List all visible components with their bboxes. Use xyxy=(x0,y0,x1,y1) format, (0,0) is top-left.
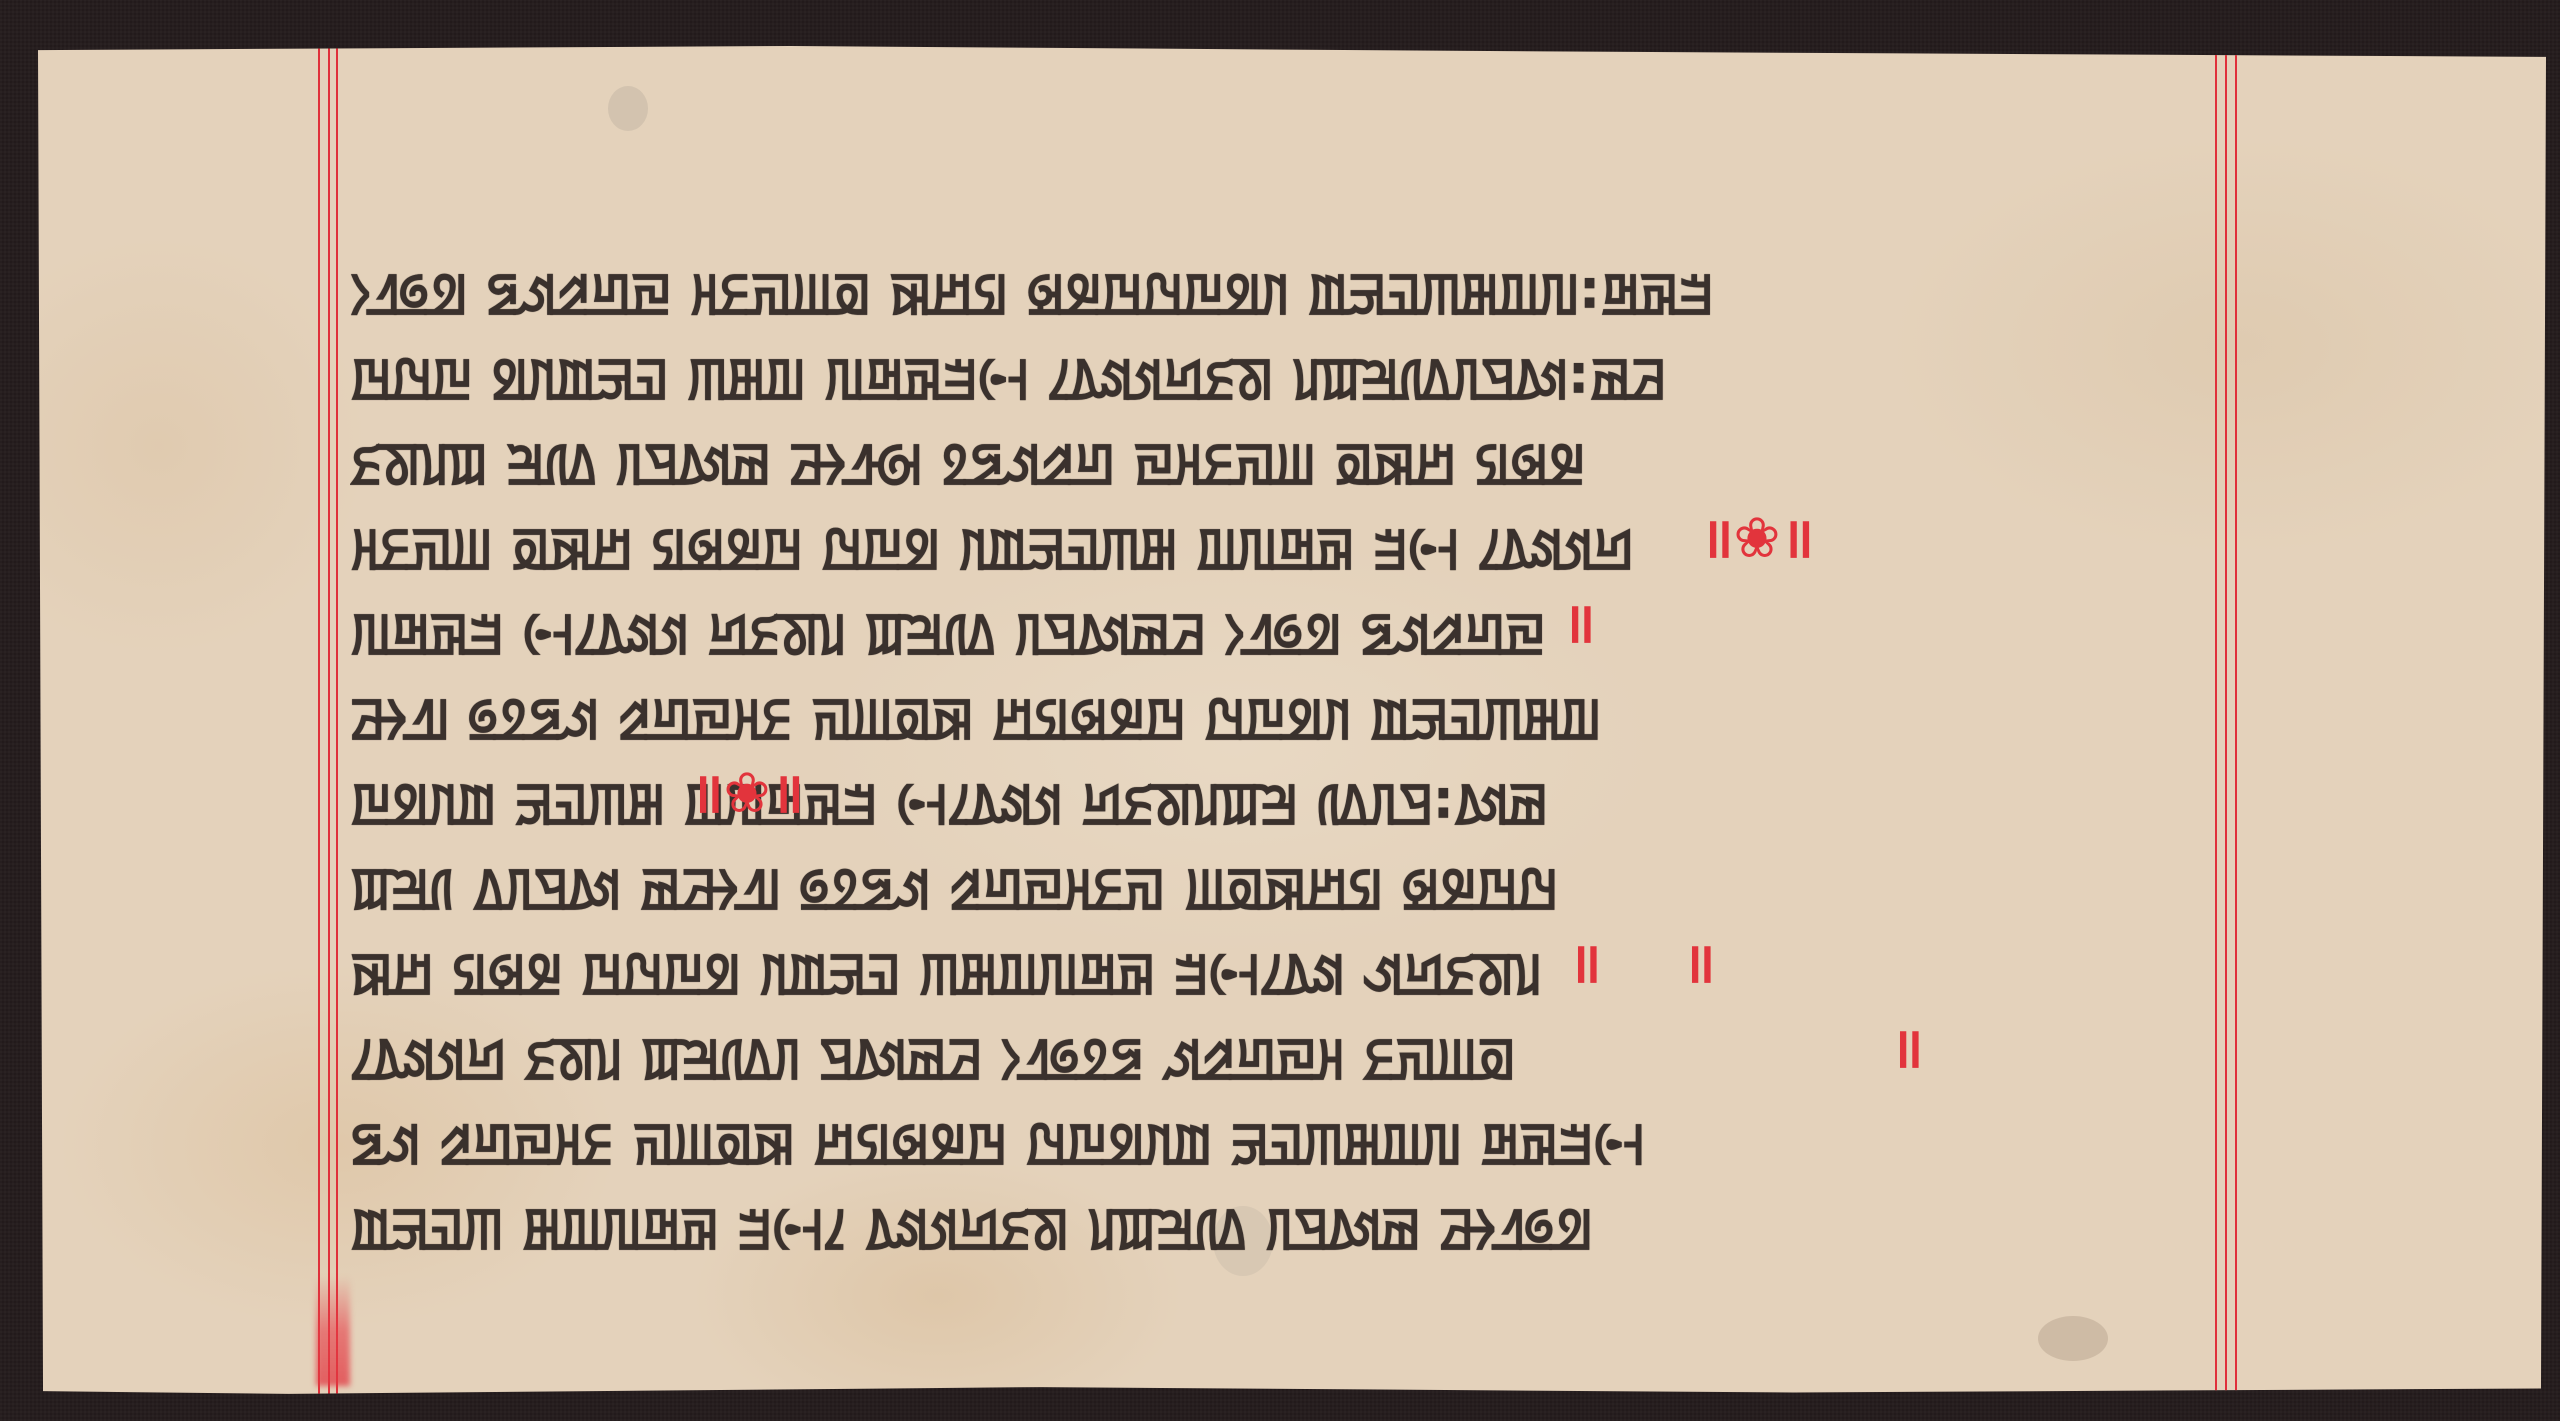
text-line: ꡏꡐꡑ ꡒꡓꡔ ꡕꡖꡗꡘꡙ ꡚꡛꡜꡝꡞ ꡟꡠꡡꡢ ꡣꡤꡥꡦ ꡧꡨꡩ ꡪꡫꡬꡭ xyxy=(350,411,2215,496)
paper-stain xyxy=(608,86,648,131)
rubric-mark: ॥❀॥ xyxy=(690,764,804,824)
text-line: ꡮꡯꡰꡱ ꡲꡳꡀ ꡁꡂꡃꡄ ꡅꡆꡇꡈꡉꡊ ꡋꡌꡍ ꡎꡏꡐꡑ ꡒꡓꡔ ꡕꡖꡗꡘ ॥… xyxy=(350,496,2215,581)
text-line: ꡢꡣ:ꡤꡥꡦꡧꡨꡩꡪꡫ ꡬꡭꡮꡯꡰꡱ ꡲꡳꡀꡁꡂꡃ ꡄꡅꡆ ꡇꡈꡉꡊꡋ ꡌꡍꡎ xyxy=(350,326,2215,411)
script-text: ꡲꡳꡀꡁꡂ ꡃꡄꡅꡆꡇꡈ ꡉꡊꡋꡌꡍ ꡎꡏꡐꡑꡒ ꡓꡔꡕꡖ ꡗꡘꡙꡚꡛ ꡜꡝ xyxy=(350,1116,1644,1176)
text-line: ꡔꡕꡖꡗ ꡘꡙꡚꡛꡜ ꡝꡞꡟꡠꡡ ꡢꡣꡤꡥ ꡦꡧꡨꡩꡪ ꡫꡬꡭ ꡮꡯꡰꡱ ॥ xyxy=(350,1006,2215,1091)
rubric-mark: ॥ xyxy=(1562,594,1596,654)
margin-rule xyxy=(336,46,338,1402)
text-line: ꡙꡚꡛꡜꡝ ꡞꡟꡠꡡ ꡢꡣꡤꡥꡦ ꡧꡨꡩꡪ ꡫꡬꡭꡮ ꡯꡰꡱꡲꡳ ꡀꡁꡂꡃ ॥ xyxy=(350,581,2215,666)
rubric-mark: ॥ xyxy=(1682,934,1716,994)
paper-stain xyxy=(2038,1316,2108,1361)
margin-rule xyxy=(2215,46,2217,1402)
script-text: ꡞꡟꡠꡡꡢ ꡣꡤꡥꡦ ꡧꡨꡩꡪꡫ ꡬꡭꡮꡯꡰ ꡱꡲꡳꡀ ꡁꡂꡃꡄꡅ ꡆꡇꡈꡉ xyxy=(350,1201,1592,1261)
red-ink-bleed xyxy=(316,1276,350,1386)
script-text: ꡢꡣ:ꡤꡥꡦꡧꡨꡩꡪꡫ ꡬꡭꡮꡯꡰꡱ ꡲꡳꡀꡁꡂꡃ ꡄꡅꡆ ꡇꡈꡉꡊꡋ ꡌꡍꡎ xyxy=(350,351,1666,411)
margin-rule xyxy=(328,46,330,1402)
margin-rule xyxy=(2235,46,2237,1402)
text-line: ꡀꡁꡂ:ꡃꡄꡅꡆꡇꡈꡉ ꡊꡋꡌꡍꡎꡏꡐ ꡑꡒꡓ ꡔꡕꡖꡗꡘ ꡙꡚꡛꡜꡝ ꡞꡟꡠꡡ xyxy=(350,241,2215,326)
margin-rule xyxy=(2225,46,2227,1402)
script-text: ꡙꡚꡛꡜꡝ ꡞꡟꡠꡡ ꡢꡣꡤꡥꡦ ꡧꡨꡩꡪ ꡫꡬꡭꡮ ꡯꡰꡱꡲꡳ ꡀꡁꡂꡃ xyxy=(350,606,1545,666)
margin-rule xyxy=(318,46,320,1402)
text-line: ꡣꡤ:ꡥꡦꡧꡨ ꡩꡪꡫꡬꡭꡮ ꡯꡰꡱꡲꡳ ꡀꡁꡂꡃꡄ ꡅꡆꡇꡈ ꡉꡊꡋꡌ ॥❀॥ xyxy=(350,751,2215,836)
text-line: ꡲꡳꡀꡁꡂ ꡃꡄꡅꡆꡇꡈ ꡉꡊꡋꡌꡍ ꡎꡏꡐꡑꡒ ꡓꡔꡕꡖ ꡗꡘꡙꡚꡛ ꡜꡝ xyxy=(350,1091,2215,1176)
text-line: ꡄꡅꡆꡇꡈꡉ ꡊꡋꡌꡍ ꡎꡏꡐꡑꡒ ꡓꡔꡕꡖ ꡗꡘꡙꡚꡛ ꡜꡝꡞꡟ ꡠꡡꡢ xyxy=(350,666,2215,751)
rubric-mark: ॥ xyxy=(1890,1019,1924,1079)
script-text: ꡍꡎꡏꡐ ꡑꡒꡓꡔꡕ ꡖꡗꡘꡙꡚꡛ ꡜꡝꡞꡟ ꡠꡡꡢꡣ ꡤꡥꡦꡧ ꡨꡩꡪ xyxy=(350,861,1557,921)
manuscript-folio: ꡀꡁꡂ:ꡃꡄꡅꡆꡇꡈꡉ ꡊꡋꡌꡍꡎꡏꡐ ꡑꡒꡓ ꡔꡕꡖꡗꡘ ꡙꡚꡛꡜꡝ ꡞꡟꡠꡡ… xyxy=(38,46,2546,1402)
text-block: ꡀꡁꡂ:ꡃꡄꡅꡆꡇꡈꡉ ꡊꡋꡌꡍꡎꡏꡐ ꡑꡒꡓ ꡔꡕꡖꡗꡘ ꡙꡚꡛꡜꡝ ꡞꡟꡠꡡ… xyxy=(350,241,2215,1261)
text-line: ꡞꡟꡠꡡꡢ ꡣꡤꡥꡦ ꡧꡨꡩꡪꡫ ꡬꡭꡮꡯꡰ ꡱꡲꡳꡀ ꡁꡂꡃꡄꡅ ꡆꡇꡈꡉ xyxy=(350,1176,2215,1261)
script-text: ꡮꡯꡰꡱ ꡲꡳꡀ ꡁꡂꡃꡄ ꡅꡆꡇꡈꡉꡊ ꡋꡌꡍ ꡎꡏꡐꡑ ꡒꡓꡔ ꡕꡖꡗꡘ xyxy=(350,521,1633,581)
script-text: ꡏꡐꡑ ꡒꡓꡔ ꡕꡖꡗꡘꡙ ꡚꡛꡜꡝꡞ ꡟꡠꡡꡢ ꡣꡤꡥꡦ ꡧꡨꡩ ꡪꡫꡬꡭ xyxy=(350,436,1585,496)
script-text: ꡣꡤ:ꡥꡦꡧꡨ ꡩꡪꡫꡬꡭꡮ ꡯꡰꡱꡲꡳ ꡀꡁꡂꡃꡄ ꡅꡆꡇꡈ ꡉꡊꡋꡌ xyxy=(350,776,1547,836)
text-line: ꡍꡎꡏꡐ ꡑꡒꡓꡔꡕ ꡖꡗꡘꡙꡚꡛ ꡜꡝꡞꡟ ꡠꡡꡢꡣ ꡤꡥꡦꡧ ꡨꡩꡪ xyxy=(350,836,2215,921)
script-text: ꡀꡁꡂ:ꡃꡄꡅꡆꡇꡈꡉ ꡊꡋꡌꡍꡎꡏꡐ ꡑꡒꡓ ꡔꡕꡖꡗꡘ ꡙꡚꡛꡜꡝ ꡞꡟꡠꡡ xyxy=(350,266,1713,326)
rubric-mark: ॥ xyxy=(1568,934,1602,994)
script-text: ꡫꡬꡭꡮꡯ ꡰꡱꡲꡳꡀ ꡁꡂꡃꡄꡅꡆ ꡇꡈꡉꡊ ꡋꡌꡍꡎ ꡏꡐꡑ ꡒꡓ xyxy=(350,946,1541,1006)
rubric-mark: ॥❀॥ xyxy=(1700,509,1814,569)
text-line: ꡫꡬꡭꡮꡯ ꡰꡱꡲꡳꡀ ꡁꡂꡃꡄꡅꡆ ꡇꡈꡉꡊ ꡋꡌꡍꡎ ꡏꡐꡑ ꡒꡓ ॥ ॥ xyxy=(350,921,2215,1006)
script-text: ꡔꡕꡖꡗ ꡘꡙꡚꡛꡜ ꡝꡞꡟꡠꡡ ꡢꡣꡤꡥ ꡦꡧꡨꡩꡪ ꡫꡬꡭ ꡮꡯꡰꡱ xyxy=(350,1031,1515,1091)
script-text: ꡄꡅꡆꡇꡈꡉ ꡊꡋꡌꡍ ꡎꡏꡐꡑꡒ ꡓꡔꡕꡖ ꡗꡘꡙꡚꡛ ꡜꡝꡞꡟ ꡠꡡꡢ xyxy=(350,691,1600,751)
